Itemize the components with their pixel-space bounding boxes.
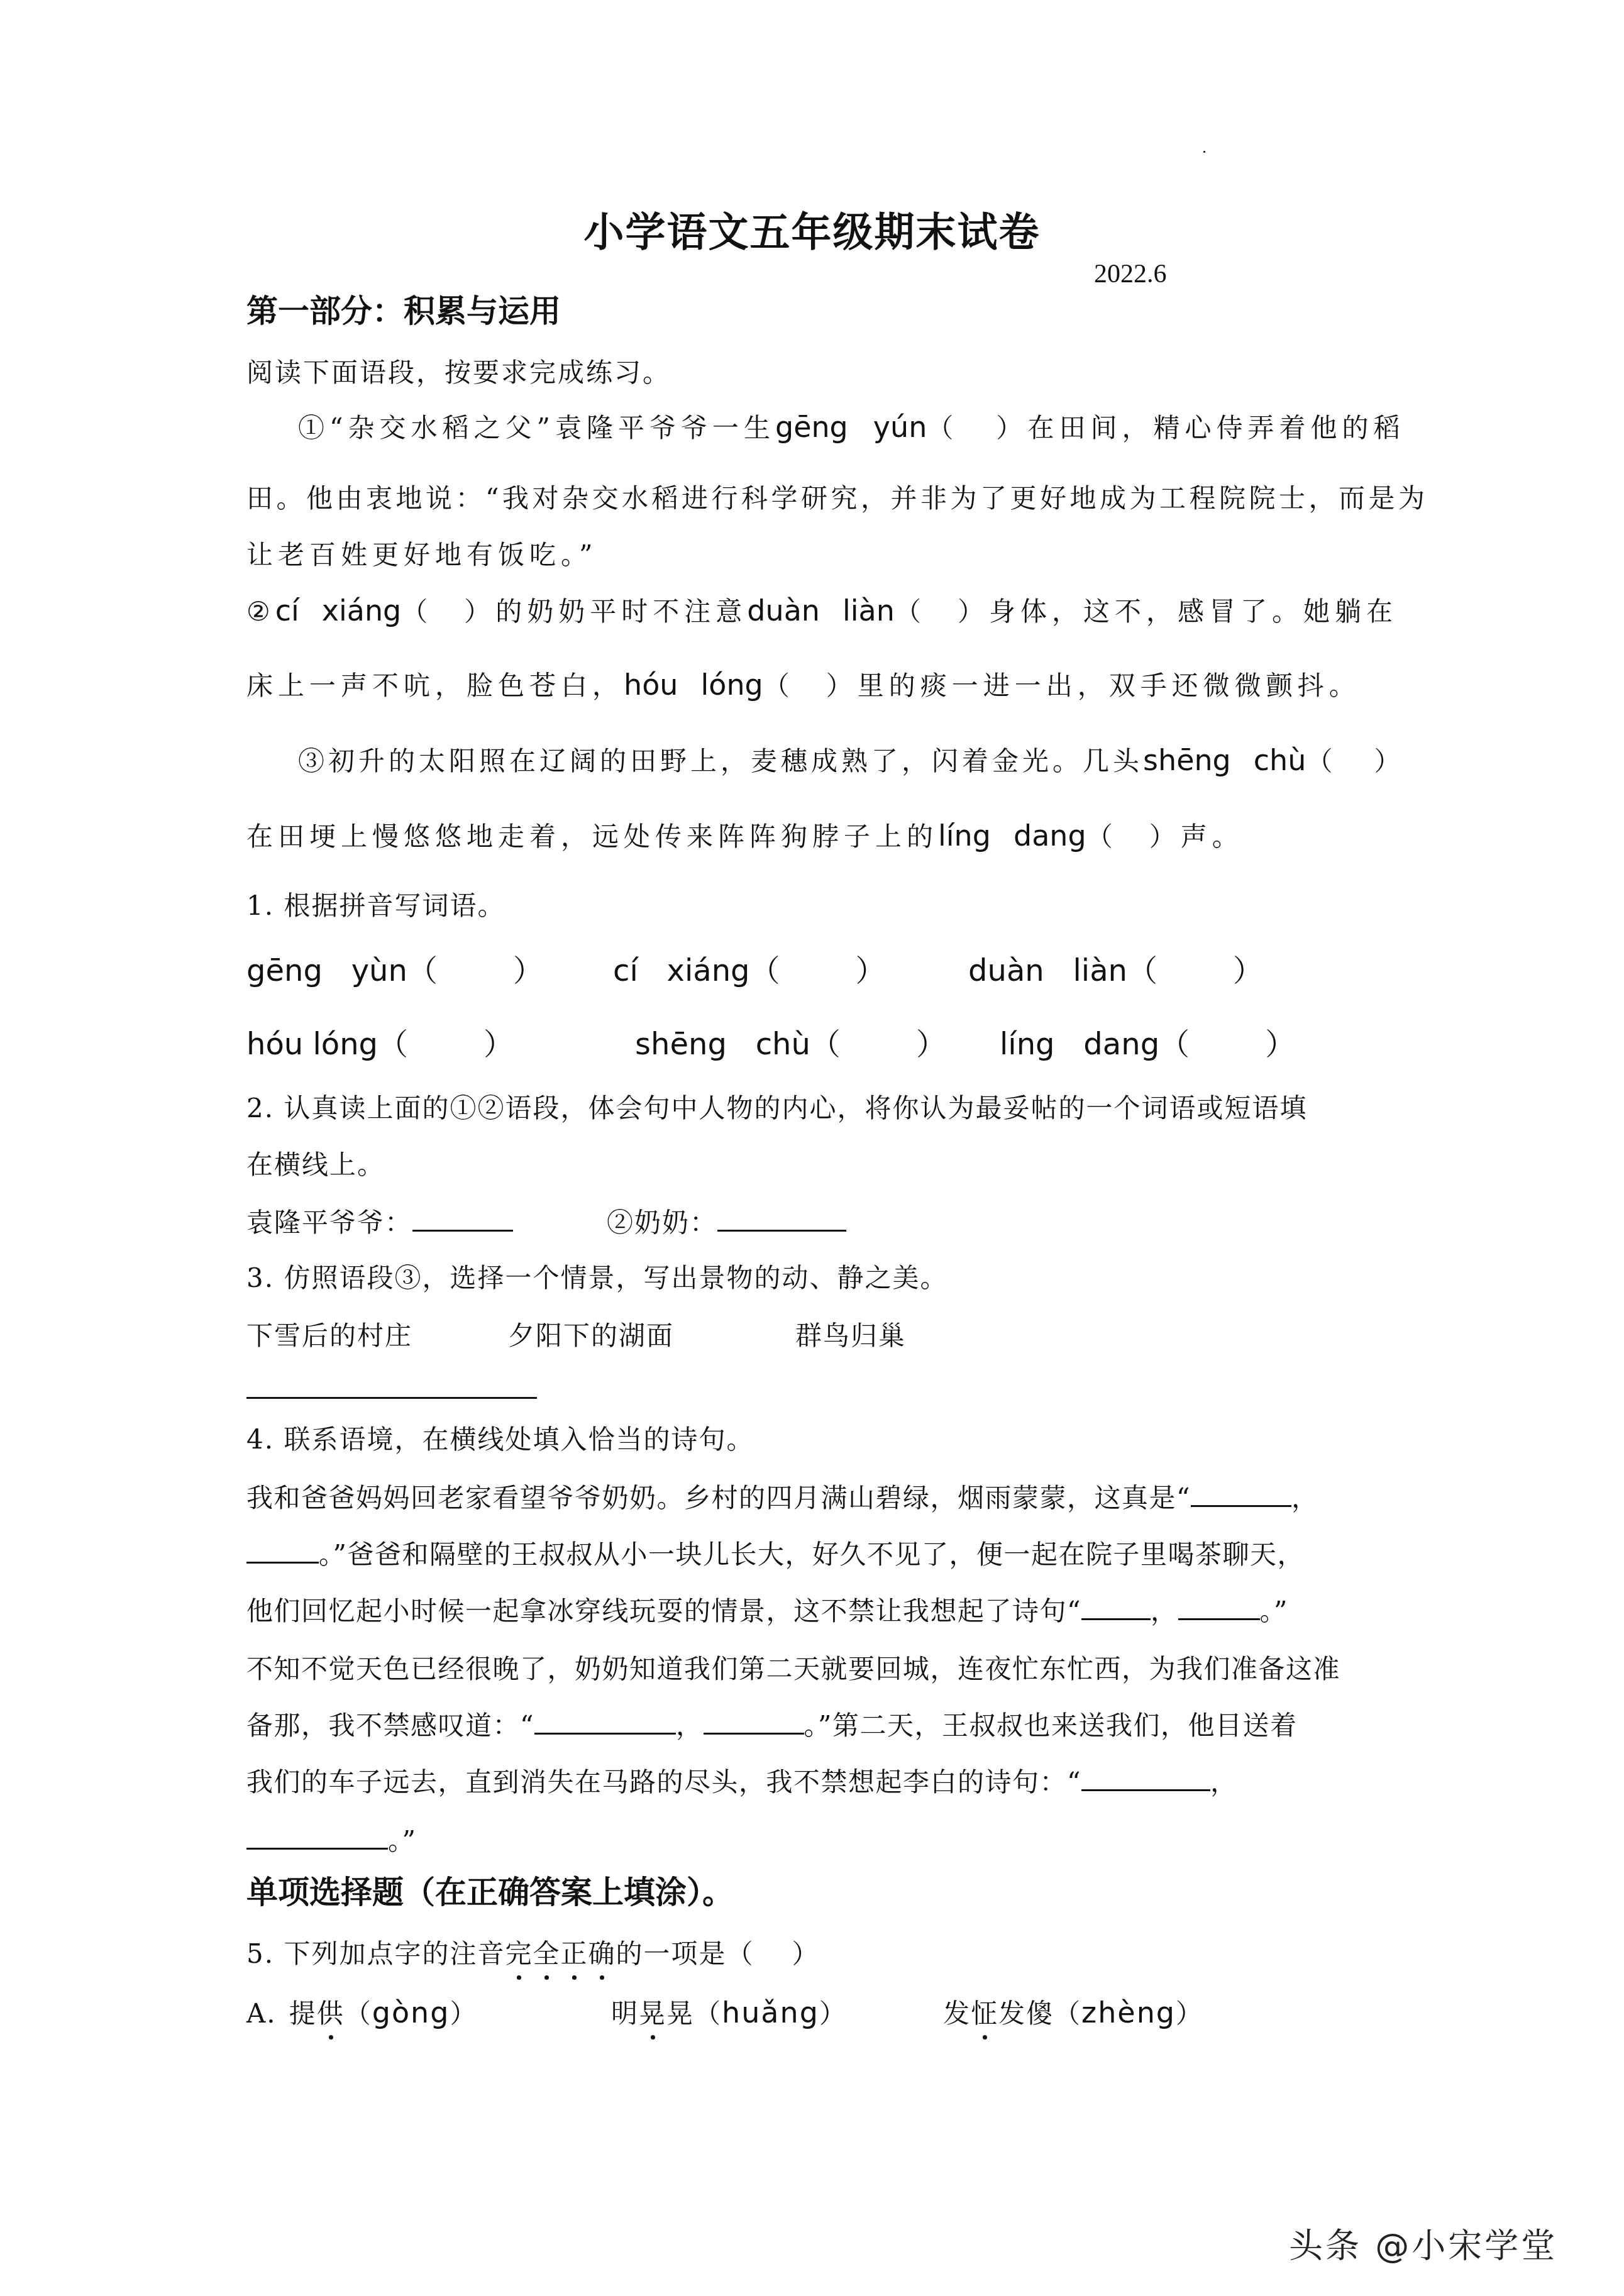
q1-item-cixiang: cí xiáng（）: [613, 946, 886, 990]
q4-blank-5[interactable]: [534, 1709, 676, 1735]
p2-pinyin-cixiang-1: cí: [275, 593, 299, 627]
q5-choice-huang: 明晃晃（huǎng）: [611, 1993, 847, 2031]
q1-item-gengyun: gēng yùn（）: [246, 946, 543, 990]
q1-item-lingdang: líng dang（）: [1000, 1020, 1295, 1063]
passage-p2-line1: ②cíxiáng（）的奶奶平时不注意duànliàn（）身体，这不，感冒了。她躺…: [246, 591, 1398, 629]
passage-p1-line2: 田。他由衷地说：“我对杂交水稻进行科学研究，并非为了更好地成为工程院院士，而是为: [246, 478, 1428, 516]
answer-paren-open: （: [750, 953, 780, 988]
answer-paren-close: ）: [513, 953, 543, 988]
p3-text-b: 在田埂上慢悠悠地走着，远处传来阵阵狗脖子上的: [246, 821, 938, 852]
choice-pinyin: zhèng: [1081, 1995, 1176, 2029]
choice-char: 提: [289, 1998, 317, 2029]
q4-line6: 我们的车子远去，直到消失在马路的尽头，我不禁想起李白的诗句：“，: [246, 1762, 1238, 1799]
q5-choice-zheng: 发怔发傻（zhèng）: [943, 1993, 1203, 2031]
q2-prompt-line2: 在横线上。: [246, 1144, 385, 1182]
choice-char: 晃: [666, 1998, 694, 2029]
scan-speck: [1203, 151, 1205, 153]
q1-item-duanlian: duàn liàn（）: [968, 946, 1263, 990]
p2-pinyin-houlong-2: lóng: [700, 668, 763, 702]
answer-paren-open: （: [1086, 816, 1118, 854]
q4-text: 。”爸爸和隔壁的王叔叔从小一块儿长大，好久不见了，便一起在院子里喝茶聊天，: [319, 1539, 1305, 1570]
p2-pinyin-cixiang-2: xiáng: [322, 593, 402, 627]
q4-blank-4[interactable]: [1178, 1594, 1260, 1620]
answer-paren-close: ）: [483, 1027, 514, 1062]
q4-line7: 。”: [246, 1820, 416, 1858]
q2-label-yuan: 袁隆平爷爷：: [246, 1207, 412, 1238]
q1-pinyin: duàn liàn: [968, 953, 1127, 988]
q2-prompt-line1: 2. 认真读上面的①②语段，体会句中人物的内心，将你认为最妥帖的一个词语或短语填: [246, 1088, 1307, 1125]
choice-char: 发: [943, 1998, 971, 2029]
q5-text: ）: [792, 1938, 820, 1969]
q1-pinyin: hóu lóng: [246, 1027, 378, 1062]
answer-paren-open: （: [1159, 1027, 1190, 1062]
paren-open: （: [694, 1998, 722, 2029]
answer-paren-open: （: [1306, 741, 1336, 778]
q4-text: 我们的车子远去，直到消失在马路的尽头，我不禁想起李白的诗句：“: [246, 1767, 1081, 1797]
paren-open: （: [345, 1998, 372, 2029]
q4-blank-7[interactable]: [1081, 1765, 1210, 1791]
q4-text: ，: [1151, 1596, 1178, 1626]
q1-pinyin: líng dang: [1000, 1027, 1159, 1062]
q5-text: 的一项是（: [616, 1938, 754, 1969]
paren-close: ）: [819, 1998, 847, 2029]
p2-mark: ②: [246, 596, 275, 627]
q2-blank-yuan[interactable]: [412, 1206, 513, 1232]
q2-blank-nainai[interactable]: [717, 1206, 846, 1232]
answer-paren-close: ）: [958, 591, 989, 629]
q4-line2: 。”爸爸和隔壁的王叔叔从小一块儿长大，好久不见了，便一起在院子里喝茶聊天，: [246, 1534, 1305, 1572]
answer-paren-close: ）: [1265, 1027, 1295, 1062]
q3-option-birds: 群鸟归巢: [795, 1315, 906, 1353]
dotted-char: 全: [533, 1933, 560, 1971]
q4-text: 他们回忆起小时候一起拿冰穿线玩耍的情景，这不禁让我想起了诗句“: [246, 1596, 1081, 1626]
q4-line3: 他们回忆起小时候一起拿冰穿线玩耍的情景，这不禁让我想起了诗句“，。”: [246, 1591, 1288, 1628]
p3-pinyin-lingdang-1: líng: [938, 819, 991, 853]
exam-date: 2022.6: [1094, 259, 1167, 289]
q2-label-nainai: ②奶奶：: [607, 1207, 717, 1238]
q4-text: ，: [1210, 1767, 1238, 1797]
passage-intro: 阅读下面语段，按要求完成练习。: [246, 352, 671, 390]
p3-pinyin-shengchu-1: shēng: [1143, 743, 1231, 777]
q4-text: 。”: [1260, 1596, 1288, 1626]
q2-answer-yuan: 袁隆平爷爷：: [246, 1202, 513, 1240]
p2-pinyin-duanlian-1: duàn: [747, 593, 820, 627]
q1-item-houlong: hóu lóng（）: [246, 1020, 514, 1063]
dotted-char: 确: [588, 1933, 616, 1971]
answer-paren-close: ）: [856, 953, 886, 988]
section2-heading: 单项选择题（在正确答案上填涂）。: [246, 1867, 734, 1912]
p3-pinyin-shengchu-2: chù: [1254, 743, 1306, 777]
p2-pinyin-houlong-1: hóu: [624, 668, 678, 702]
p3-pinyin-lingdang-2: dang: [1014, 819, 1086, 853]
q3-option-lake: 夕阳下的湖面: [508, 1315, 674, 1353]
answer-paren-open: （: [407, 953, 438, 988]
p3-text-c: 声。: [1181, 821, 1244, 852]
p1-text-b: 在田间，精心侍弄着他的稻: [1027, 412, 1405, 443]
answer-paren-open: （: [927, 407, 958, 445]
p2-text-b: 身体，这不，感冒了。她躺在: [989, 596, 1398, 627]
q1-item-shengchu: shēng chù（）: [635, 1020, 946, 1063]
q4-blank-3[interactable]: [1081, 1594, 1151, 1620]
p2-pinyin-duanlian-2: liàn: [842, 593, 895, 627]
passage-p1-line1: ①“杂交水稻之父”袁隆平爷爷一生gēngyún（）在田间，精心侍弄着他的稻: [298, 407, 1405, 445]
exam-title: 小学语文五年级期末试卷: [0, 200, 1624, 258]
q4-text: 我和爸爸妈妈回老家看望爷爷奶奶。乡村的四月满山碧绿，烟雨蒙蒙，这真是“: [246, 1482, 1191, 1513]
q4-text: ，: [1291, 1482, 1319, 1513]
q5-prompt: 5. 下列加点字的注音完全正确的一项是（）: [246, 1933, 820, 1971]
p2-text-d: 里的痰一进一出，双手还微微颤抖。: [858, 670, 1361, 701]
section1-heading: 第一部分：积累与运用: [246, 286, 561, 331]
passage-p3-line1: ③初升的太阳照在辽阔的田野上，麦穗成熟了，闪着金光。几头shēngchù（）: [298, 741, 1404, 778]
q4-text: ，: [676, 1710, 704, 1741]
choice-char: 发傻: [998, 1998, 1054, 2029]
q5-option-a[interactable]: A.提供（gòng）: [246, 1993, 477, 2031]
answer-paren-open: （: [1127, 953, 1157, 988]
q4-text: 备那，我不禁感叹道：“: [246, 1710, 534, 1741]
answer-paren-open: （: [810, 1027, 841, 1062]
p2-text-c: 床上一声不吭，脸色苍白，: [246, 670, 624, 701]
passage-p1-line3: 让老百姓更好地有饭吃。”: [246, 534, 597, 572]
p1-pinyin-gengyun-2: yún: [873, 410, 927, 444]
paren-close: ）: [1176, 1998, 1203, 2029]
q4-prompt: 4. 联系语境，在横线处填入恰当的诗句。: [246, 1419, 754, 1457]
dotted-char: 晃: [639, 1993, 666, 2031]
q4-blank-8[interactable]: [246, 1824, 388, 1850]
p1-text-a: ①“杂交水稻之父”袁隆平爷爷一生: [298, 412, 775, 443]
q3-prompt: 3. 仿照语段③，选择一个情景，写出景物的动、静之美。: [246, 1257, 947, 1295]
choice-char: 明: [611, 1998, 639, 2029]
paren-open: （: [1054, 1998, 1081, 2029]
q4-blank-1[interactable]: [1191, 1481, 1291, 1507]
q4-text: 。”: [388, 1825, 416, 1856]
q1-pinyin: gēng yùn: [246, 953, 407, 988]
q3-option-village: 下雪后的村庄: [246, 1315, 412, 1353]
dotted-char: 完: [505, 1933, 533, 1971]
passage-p3-line2: 在田埂上慢悠悠地走着，远处传来阵阵狗脖子上的língdang（）声。: [246, 816, 1244, 854]
watermark: 头条 @小宋学堂: [1289, 2219, 1557, 2268]
answer-paren-open: （: [401, 591, 433, 629]
answer-paren-open: （: [763, 665, 795, 703]
p1-pinyin-gengyun-1: gēng: [775, 410, 848, 444]
p2-text-a: 的奶奶平时不注意: [495, 596, 747, 627]
q1-pinyin: cí xiáng: [613, 953, 750, 988]
answer-paren-close: ）: [996, 407, 1027, 445]
p3-text-a: ③初升的太阳照在辽阔的田野上，麦穗成熟了，闪着金光。几头: [298, 746, 1143, 776]
answer-paren-close: ）: [826, 665, 858, 703]
q4-blank-2[interactable]: [246, 1538, 319, 1564]
q4-blank-6[interactable]: [704, 1709, 804, 1735]
q1-prompt: 1. 根据拼音写词语。: [246, 885, 505, 923]
q2-answer-nainai: ②奶奶：: [607, 1202, 846, 1240]
dotted-char: 怔: [971, 1993, 998, 2031]
q4-text: 。”第二天，王叔叔也来送我们，他目送着: [804, 1710, 1298, 1741]
q1-pinyin: shēng chù: [635, 1027, 810, 1062]
q4-line4: 不知不觉天色已经很晚了，奶奶知道我们第二天就要回城，连夜忙东忙西，为我们准备这准: [246, 1648, 1340, 1686]
q5-text: 5. 下列加点字的注音: [246, 1938, 505, 1969]
dotted-char: 正: [560, 1933, 588, 1971]
answer-paren-close: ）: [1374, 741, 1404, 778]
paren-close: ）: [450, 1998, 477, 2029]
option-label-a: A.: [246, 1998, 277, 2029]
choice-pinyin: gòng: [372, 1995, 450, 2029]
choice-pinyin: huǎng: [722, 1995, 819, 2029]
answer-paren-close: ）: [1149, 816, 1181, 854]
dotted-char: 供: [317, 1993, 345, 2031]
answer-paren-close: ）: [916, 1027, 946, 1062]
passage-p2-line2: 床上一声不吭，脸色苍白，hóulóng（）里的痰一进一出，双手还微微颤抖。: [246, 665, 1361, 703]
answer-paren-close: ）: [464, 591, 495, 629]
answer-paren-open: （: [895, 591, 926, 629]
q4-line1: 我和爸爸妈妈回老家看望爷爷奶奶。乡村的四月满山碧绿，烟雨蒙蒙，这真是“，: [246, 1477, 1319, 1515]
q3-answer-line[interactable]: [246, 1397, 537, 1399]
answer-paren-open: （: [378, 1027, 408, 1062]
answer-paren-close: ）: [1233, 953, 1263, 988]
q4-line5: 备那，我不禁感叹道：“，。”第二天，王叔叔也来送我们，他目送着: [246, 1705, 1297, 1743]
